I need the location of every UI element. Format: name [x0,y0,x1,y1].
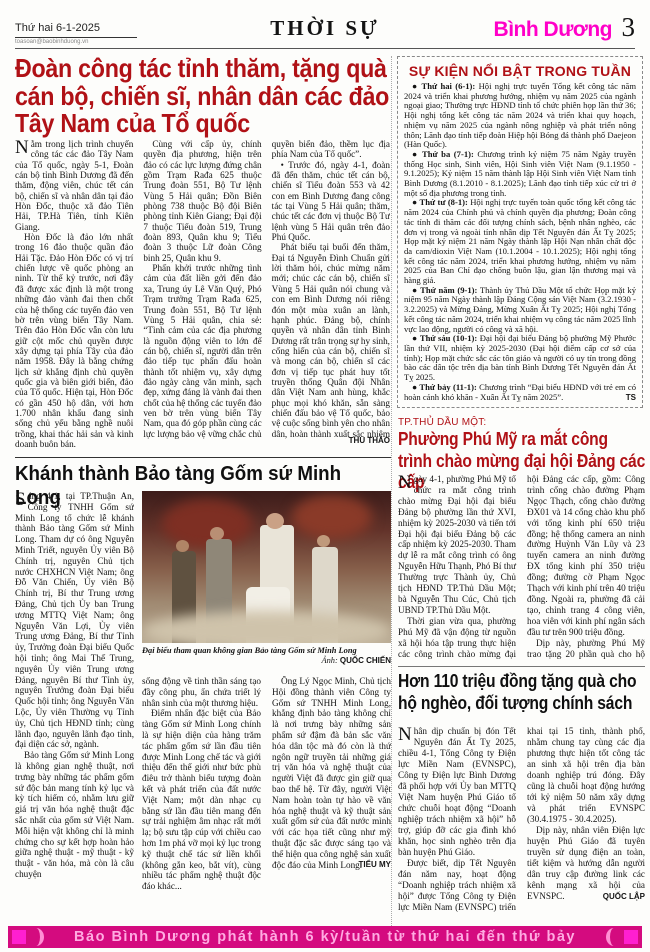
event-text: Hội nghị trực tuyến toàn quốc tổng kết c… [404,197,636,285]
museum-paragraph: Điểm nhấn đặc biệt của Bảo tàng Gốm sứ M… [142,708,261,892]
photo-figure-head [317,535,330,547]
phumy-kicker: TP.THỦ DẦU MỘT: [398,417,486,428]
evn-paragraph: Nhân dịp chuẩn bị đón Tết Nguyên đán Ất … [398,726,516,858]
event-day-label: ● Thứ hai (6-1): [412,81,475,91]
lead-paragraph: Nằm trong lịch trình chuyến công tác các… [15,139,133,232]
article-rule [398,666,645,667]
event-item: ● Thứ sáu (10-1): Đại hội đại biểu Đảng … [404,334,636,383]
footer-banner: Báo Bình Dương phát hành 6 kỳ/tuần từ th… [8,926,642,948]
photo-caption-text: Đại biểu tham quan không gian Bảo tàng G… [142,646,391,656]
drop-cap: N [398,474,414,491]
photo-figure-head [176,540,189,552]
events-list: ● Thứ hai (6-1): Hội nghị trực tuyến Tổn… [404,82,636,402]
section-rule [15,457,391,458]
lead-paragraph: Cùng với cấp ủy, chính quyền địa phương,… [143,139,261,263]
banner-crescent-right [606,928,622,946]
article-photo [142,491,391,643]
event-day-label: ● Thứ năm (9-1): [412,285,477,295]
event-day-label: ● Thứ tư (8-1): [412,197,468,207]
event-day-label: ● Thứ bảy (11-1): [412,382,477,392]
phumy-paragraph-text: gày 4-1, phường Phú Mỹ tổ chức ra mắt cô… [398,474,516,615]
photo-credit: Ảnh: QUỐC CHIẾN [142,656,391,666]
drop-cap: N [398,726,414,743]
lead-article-body: Nằm trong lịch trình chuyến công tác các… [15,139,390,451]
weekly-events-box: SỰ KIỆN NỔI BẬT TRONG TUẦN ● Thứ hai (6-… [397,56,643,408]
evn-article-headline: Hơn 110 triệu đồng tặng quà cho hộ nghèo… [398,671,645,714]
phumy-paragraph: Ngày 4-1, phường Phú Mỹ tổ chức ra mắt c… [398,474,516,616]
drop-cap: S [15,491,28,508]
event-day-label: ● Thứ ba (7-1): [412,149,474,159]
museum-paragraph: Sáng 4-1, tại TP.Thuận An, Công ty TNHH … [15,491,134,750]
museum-paragraph: Ông Lý Ngọc Minh, Chủ tịch Hội đồng thàn… [272,676,391,870]
lead-paragraph: Hòn Đốc là đảo lớn nhất trong 16 đảo thu… [15,232,133,449]
photo-caption: Đại biểu tham quan không gian Bảo tàng G… [142,646,391,666]
drop-cap: N [15,139,31,156]
lead-paragraph-text: ằm trong lịch trình chuyến công tác các … [15,139,133,232]
event-item: ● Thứ ba (7-1): Chương trình kỷ niệm 75 … [404,150,636,199]
museum-paragraph-text: áng 4-1, tại TP.Thuận An, Công ty TNHH G… [15,491,134,749]
page-number: 3 [622,12,636,43]
museum-paragraph: Bảo tàng Gốm sứ Minh Long là không gian … [15,750,134,880]
lead-paragraph: • Trước đó, ngày 4-1, đoàn đã đến thăm, … [272,160,390,243]
phumy-article-body: Ngày 4-1, phường Phú Mỹ tổ chức ra mắt c… [398,474,645,662]
evn-article-body: Nhân dịp chuẩn bị đón Tết Nguyên đán Ất … [398,726,645,944]
lead-article-headline: Đoàn công tác tỉnh thăm, tặng quà cán bộ… [15,55,390,138]
museum-article-left-column: Sáng 4-1, tại TP.Thuận An, Công ty TNHH … [15,491,134,945]
column-divider [391,56,392,944]
photo-credit-label: Ảnh: [322,656,338,665]
event-text: Hội nghị trực tuyến Tổng kết công tác nă… [404,81,636,149]
event-item: ● Thứ tư (8-1): Hội nghị trực tuyến toàn… [404,198,636,285]
museum-paragraph: sống động về tinh thần sáng tạo đầy công… [142,676,261,708]
banner-square-left [12,930,26,944]
newspaper-page: { "header": { "date": "Thứ hai 6-1-2025"… [0,0,650,952]
event-item: ● Thứ năm (9-1): Thành ủy Thủ Dầu Một tổ… [404,286,636,335]
photo-credit-name: QUỐC CHIẾN [340,656,391,665]
photo-backdrop-glow [292,495,372,539]
evn-paragraph-text: hân dịp chuẩn bị đón Tết Nguyên đán Ất T… [398,726,516,857]
photo-foreground [142,611,391,643]
banner-crescent-left [28,928,44,946]
banner-square-right [624,930,638,944]
lead-article-byline: THU THẢO [265,436,390,445]
photo-figure-head [210,527,224,540]
header-rule [15,48,635,49]
newspaper-logo: Bình Dương [494,18,612,42]
museum-article-columns: sống động về tinh thần sáng tạo đầy công… [142,676,391,944]
event-day-label: ● Thứ sáu (10-1): [412,333,477,343]
footer-banner-text: Báo Bình Dương phát hành 6 kỳ/tuần từ th… [74,929,576,945]
photo-figure-head [266,513,284,529]
event-item: ● Thứ hai (6-1): Hội nghị trực tuyến Tổn… [404,82,636,150]
events-box-title: SỰ KIỆN NỔI BẬT TRONG TUẦN [404,63,636,79]
